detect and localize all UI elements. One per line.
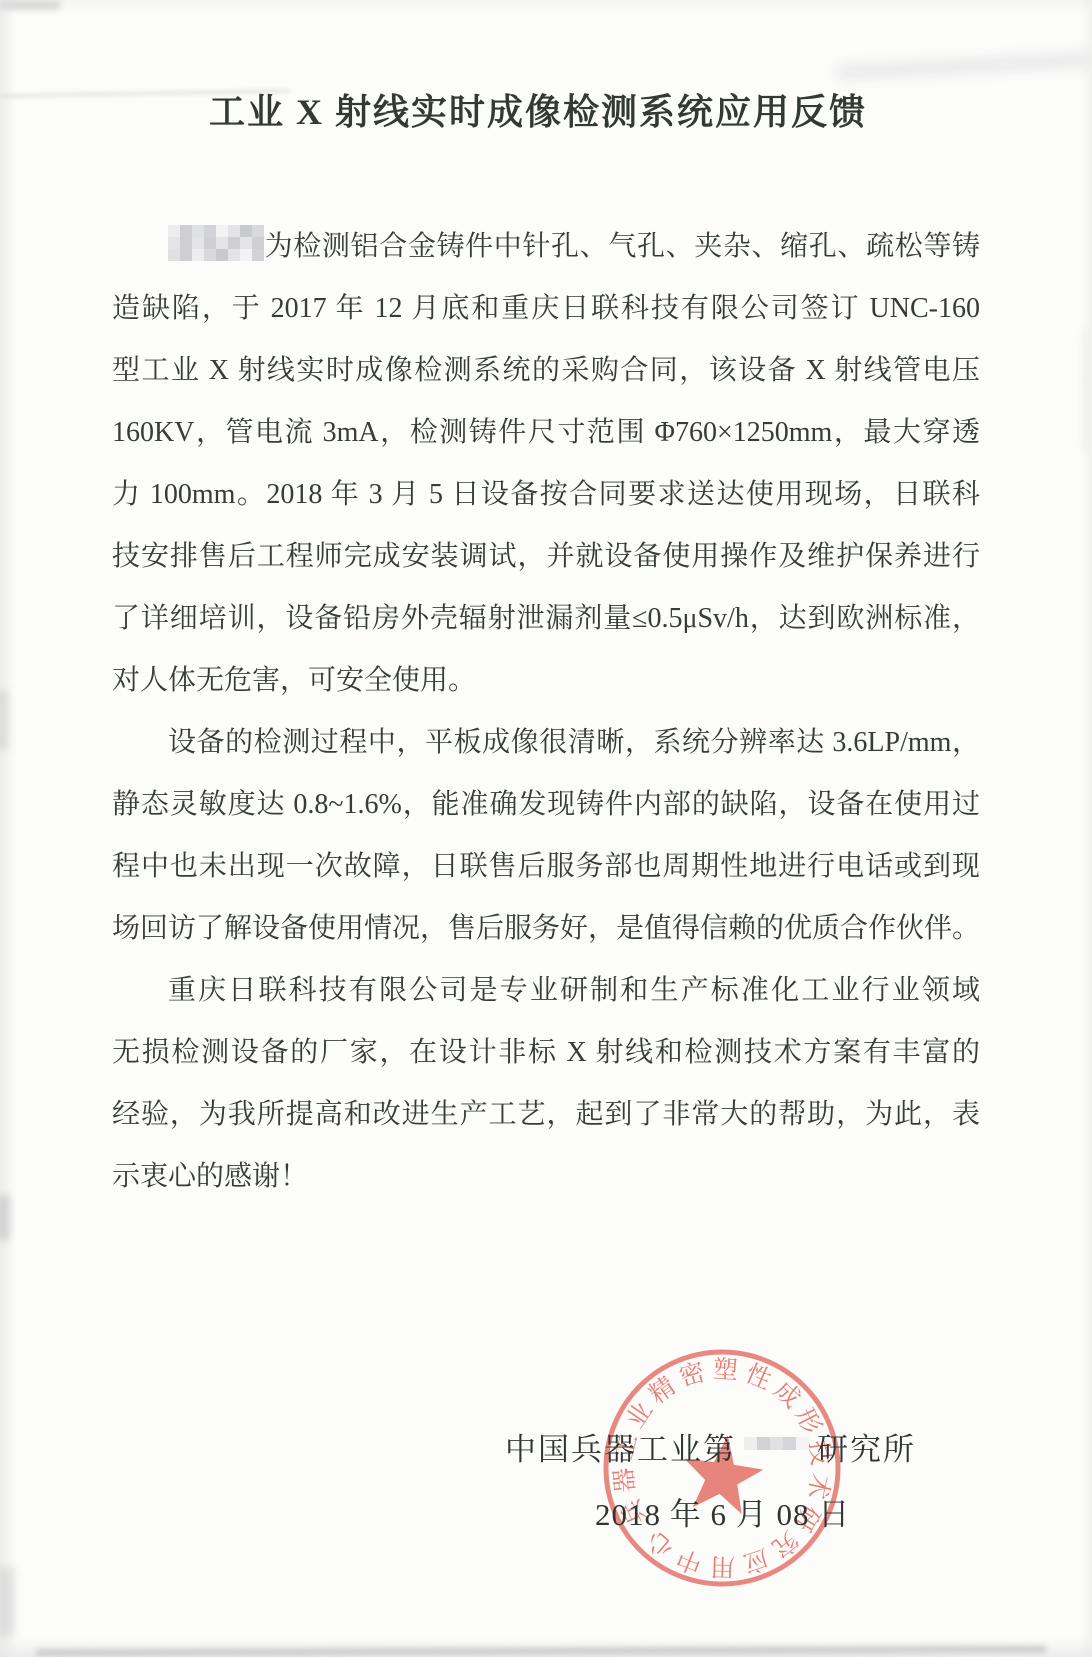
body-line: 程中也未出现一次故障，日联售后服务部也周期性地进行电话或到现 (112, 836, 980, 898)
body-line: 示衷心的感谢！ (112, 1146, 980, 1208)
redaction-mosaic (744, 1437, 809, 1463)
page-title: 工业 X 射线实时成像检测系统应用反馈 (0, 84, 1092, 135)
body-line: 静态灵敏度达 0.8~1.6%，能准确发现铸件内部的缺陷，设备在使用过 (112, 774, 980, 836)
scanned-document-page: 工业 X 射线实时成像检测系统应用反馈 为检测铝合金铸件中针孔、气孔、夹杂、缩孔… (0, 0, 1092, 1657)
body-line: 经验，为我所提高和改进生产工艺，起到了非常大的帮助，为此，表 (112, 1084, 980, 1146)
body-line: 技安排售后工程师完成安装调试，并就设备使用操作及维护保养进行 (112, 526, 980, 588)
redaction-mosaic (168, 225, 264, 261)
body-line: 重庆日联科技有限公司是专业研制和生产标准化工业行业领域 (112, 960, 980, 1022)
body-line: 160KV，管电流 3mA，检测铸件尺寸范围 Φ760×1250mm，最大穿透 (112, 402, 980, 464)
body-line: 力 100mm。2018 年 3 月 5 日设备按合同要求送达使用现场，日联科 (112, 464, 980, 526)
body-line: 场回访了解设备使用情况，售后服务好，是值得信赖的优质合作伙伴。 (112, 898, 980, 960)
scan-smudge (0, 690, 7, 750)
body-line: 对人体无危害，可安全使用。 (112, 650, 980, 712)
body-line: 造缺陷，于 2017 年 12 月底和重庆日联科技有限公司签订 UNC-160 (112, 278, 980, 340)
date-line: 2018 年 6 月 08 日 (595, 1489, 850, 1534)
document-body: 为检测铝合金铸件中针孔、气孔、夹杂、缩孔、疏松等铸造缺陷，于 2017 年 12… (112, 216, 980, 1208)
scan-smudge (1084, 330, 1092, 450)
body-line: 了详细培训，设备铅房外壳辐射泄漏剂量≤0.5μSv/h，达到欧洲标准， (112, 588, 980, 650)
org-name-suffix: 研究所 (817, 1432, 916, 1467)
scan-smudge (0, 1195, 9, 1240)
body-line: 无损检测设备的厂家，在设计非标 X 射线和检测技术方案有丰富的 (112, 1022, 980, 1084)
body-line: 设备的检测过程中，平板成像很清晰，系统分辨率达 3.6LP/mm， (112, 712, 980, 774)
signature-line: 中国兵器工业第研究所 (505, 1424, 916, 1469)
official-seal: 兵器工业精密塑性成形技术研究应用中心 (592, 1342, 852, 1602)
scan-smudge (0, 0, 60, 10)
scan-smudge (837, 51, 1092, 81)
org-name-prefix: 中国兵器工业第 (505, 1432, 736, 1467)
body-line: 型工业 X 射线实时成像检测系统的采购合同，该设备 X 射线管电压 (112, 340, 980, 402)
scan-edge-shadow (36, 1646, 1046, 1656)
scan-smudge (0, 1567, 14, 1637)
body-line: 为检测铝合金铸件中针孔、气孔、夹杂、缩孔、疏松等铸 (112, 216, 980, 278)
